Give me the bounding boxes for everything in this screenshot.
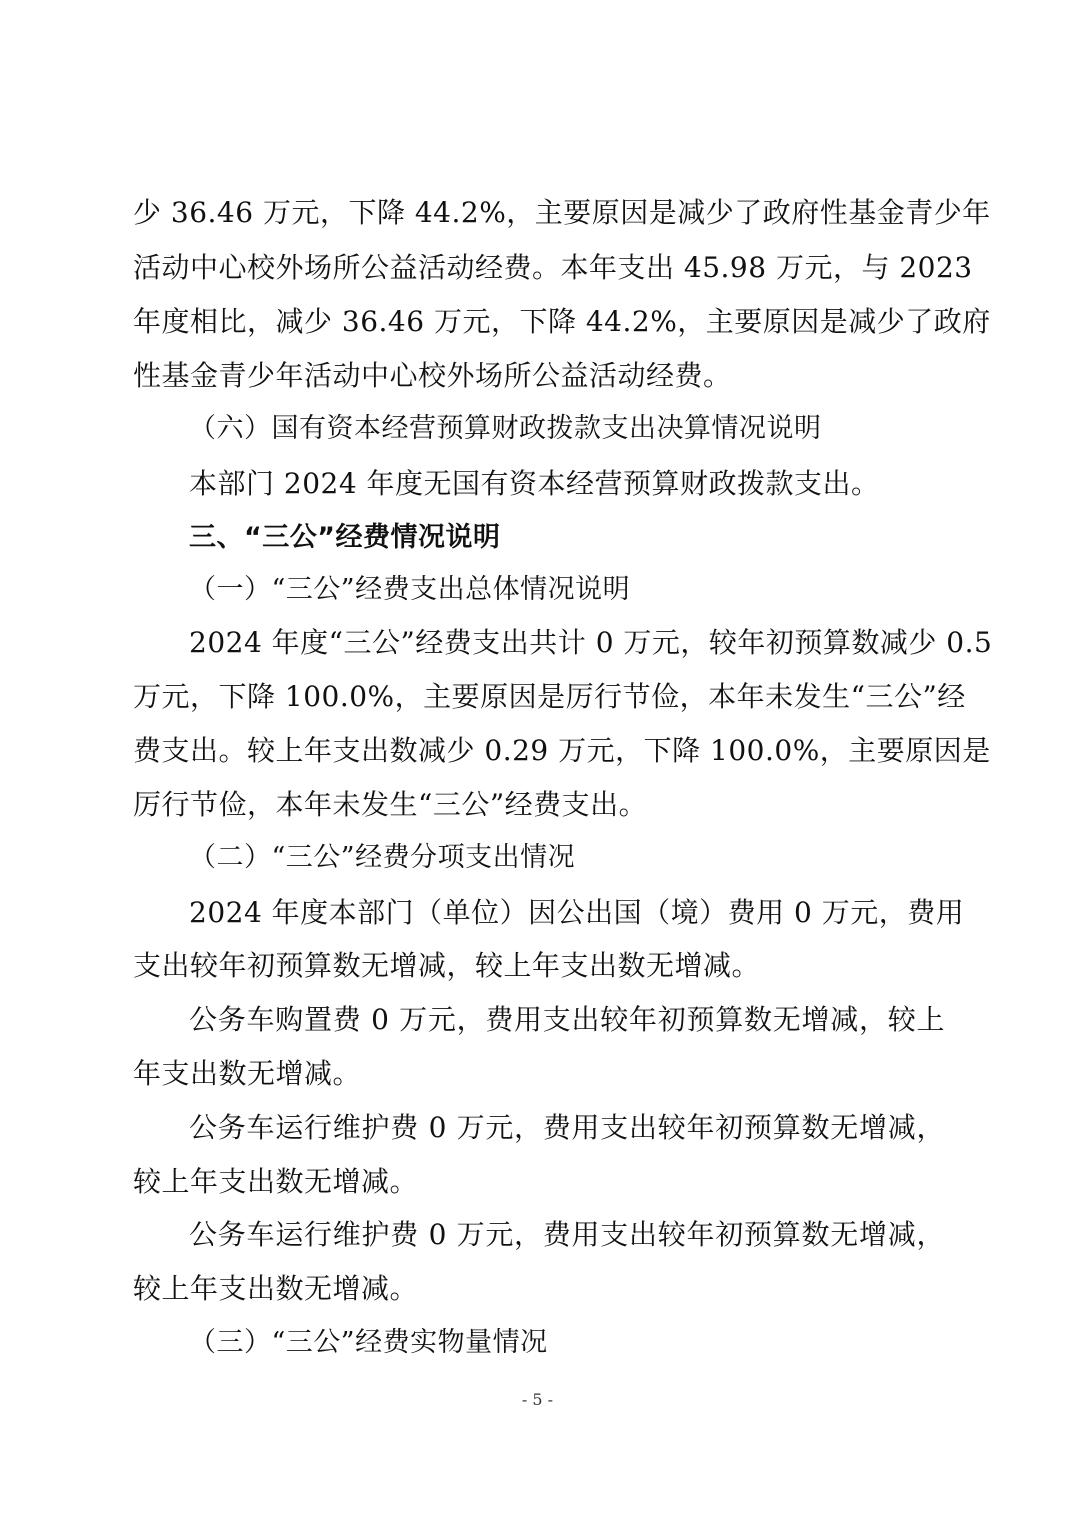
paragraph-line: 年支出数无增减。 — [133, 1054, 945, 1094]
paragraph-line: 厉行节俭，本年未发生“三公”经费支出。 — [133, 785, 945, 825]
subsection-heading: （三）“三公”经费实物量情况 — [133, 1323, 945, 1363]
paragraph-line: 公务车购置费 0 万元，费用支出较年初预算数无增减，较上 — [133, 1000, 945, 1040]
paragraph-line: 较上年支出数无增减。 — [133, 1162, 945, 1202]
paragraph-line: 公务车运行维护费 0 万元，费用支出较年初预算数无增减， — [133, 1215, 945, 1255]
paragraph-line: 性基金青少年活动中心校外场所公益活动经费。 — [133, 356, 945, 396]
subsection-heading: （一）“三公”经费支出总体情况说明 — [133, 570, 945, 610]
document-page: 少 36.46 万元，下降 44.2%，主要原因是减少了政府性基金青少年 活动中… — [0, 0, 1075, 1520]
paragraph-line: 活动中心校外场所公益活动经费。本年支出 45.98 万元，与 2023 — [133, 248, 945, 288]
paragraph-line: 本部门 2024 年度无国有资本经营预算财政拨款支出。 — [133, 464, 945, 504]
section-heading: （六）国有资本经营预算财政拨款支出决算情况说明 — [133, 409, 945, 449]
paragraph-line: 较上年支出数无增减。 — [133, 1269, 945, 1309]
paragraph-line: 年度相比，减少 36.46 万元，下降 44.2%，主要原因是减少了政府 — [133, 302, 945, 342]
page-number: - 5 - — [0, 1390, 1075, 1409]
paragraph-line: 费支出。较上年支出数减少 0.29 万元，下降 100.0%，主要原因是 — [133, 731, 945, 771]
paragraph-line: 少 36.46 万元，下降 44.2%，主要原因是减少了政府性基金青少年 — [133, 193, 945, 233]
part-heading: 三、“三公”经费情况说明 — [133, 518, 945, 558]
paragraph-line: 公务车运行维护费 0 万元，费用支出较年初预算数无增减， — [133, 1108, 945, 1148]
paragraph-line: 2024 年度本部门（单位）因公出国（境）费用 0 万元，费用 — [133, 893, 945, 933]
paragraph-line: 万元，下降 100.0%，主要原因是厉行节俭，本年未发生“三公”经 — [133, 677, 945, 717]
paragraph-line: 2024 年度“三公”经费支出共计 0 万元，较年初预算数减少 0.5 — [133, 623, 945, 663]
subsection-heading: （二）“三公”经费分项支出情况 — [133, 838, 945, 878]
paragraph-line: 支出较年初预算数无增减，较上年支出数无增减。 — [133, 946, 945, 986]
